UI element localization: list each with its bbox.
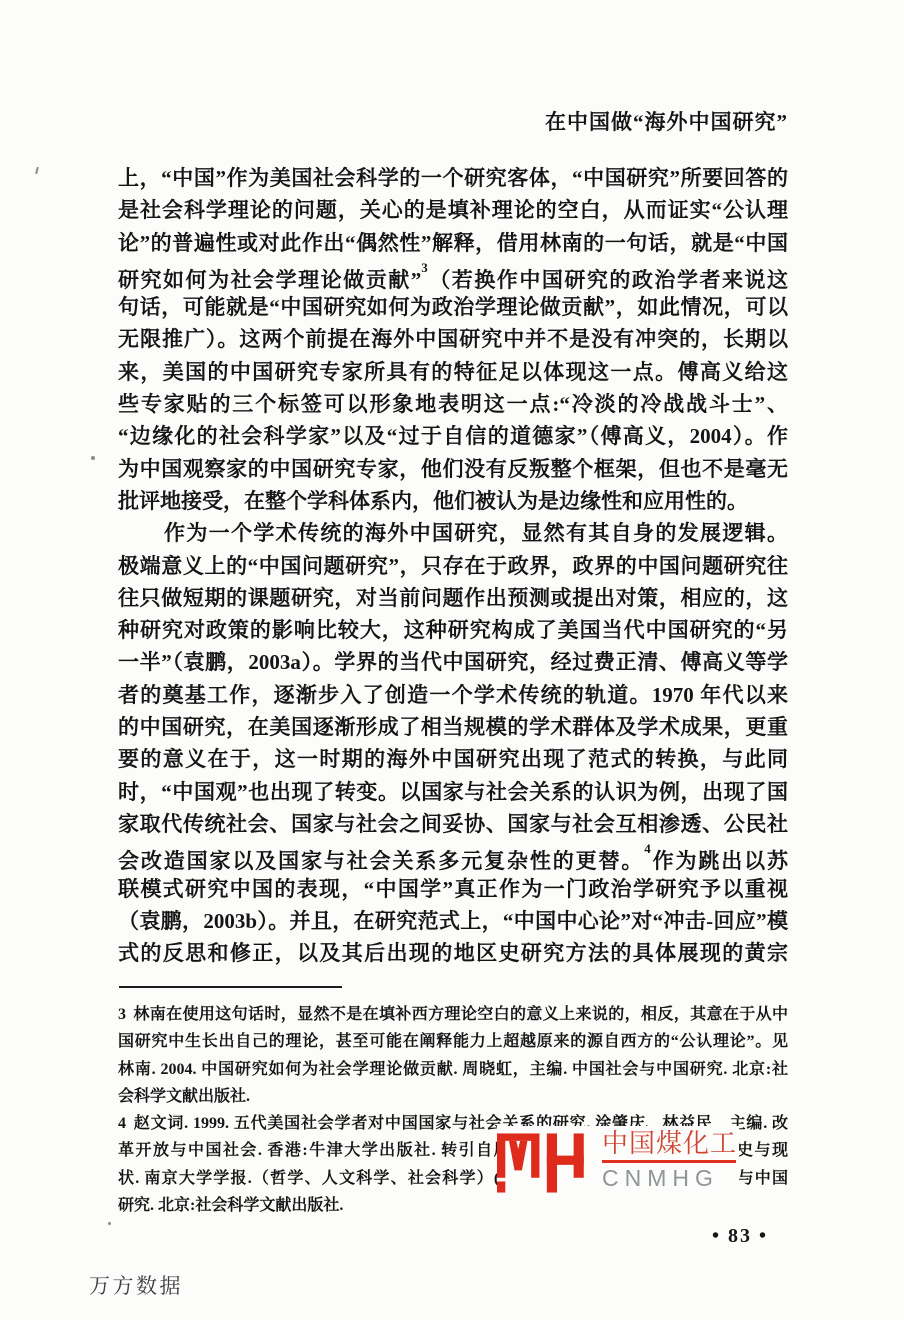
text-line: 论”的普遍性或对此作出“偶然性”解释，借用林南的一句话，就是“中国 <box>118 227 788 259</box>
text-line: 一半”（袁鹏，2003a）。学界的当代中国研究，经过费正清、傅高义等学 <box>118 646 788 678</box>
text-line: 者的奠基工作，逐渐步入了创造一个学术传统的轨道。1970 年代以来 <box>118 679 788 711</box>
watermark-subtitle: CNMHG <box>602 1166 737 1191</box>
watermark-underline <box>602 1160 736 1163</box>
paragraph: 作为一个学术传统的海外中国研究，显然有其自身的发展逻辑。极端意义上的“中国问题研… <box>118 517 788 969</box>
scanned-document-page: 在中国做“海外中国研究” 上，“中国”作为美国社会科学的一个研究客体，“中国研究… <box>0 0 904 1320</box>
footnote-ref: 3 <box>421 260 428 275</box>
running-head: 在中国做“海外中国研究” <box>118 106 788 136</box>
text-line: 为中国观察家的中国研究专家，他们没有反叛整个框架，但也不是毫无 <box>118 453 788 485</box>
text-line: 会改造国家以及国家与社会关系多元复杂性的更替。4作为跳出以苏 <box>118 840 788 872</box>
text-line: 极端意义上的“中国问题研究”，只存在于政界，政界的中国问题研究往 <box>118 550 788 582</box>
text-line: 联模式研究中国的表现，“中国学”真正作为一门政治学研究予以重视 <box>118 873 788 905</box>
text-line: 往只做短期的课题研究，对当前问题作出预测或提出对策，相应的，这 <box>118 582 788 614</box>
text-line: （袁鹏，2003b）。并且，在研究范式上，“中国中心论”对“冲击-回应”模 <box>118 905 788 937</box>
text-line: 林南. 2004. 中国研究如何为社会学理论做贡献. 周晓虹，主编. 中国社会与… <box>118 1056 788 1083</box>
footnote-separator <box>119 986 342 988</box>
footnote: 3林南在使用这句话时，显然不是在填补西方理论空白的意义上来说的，相反，其意在于从… <box>118 1001 788 1110</box>
watermark-text: 中国煤化工 CNMHG <box>602 1126 737 1191</box>
text-line: 上，“中国”作为美国社会科学的一个研究客体，“中国研究”所要回答的 <box>118 162 788 194</box>
wanfang-data-mark: 万方数据 <box>89 1270 183 1300</box>
text-line: 些专家贴的三个标签可以形象地表明这一点:“冷淡的冷战战斗士”、 <box>118 388 788 420</box>
text-line: 批评地接受，在整个学科体系内，他们被认为是边缘性和应用性的。 <box>118 485 788 517</box>
text-line: 作为一个学术传统的海外中国研究，显然有其自身的发展逻辑。 <box>118 517 788 549</box>
text-line: 句话，可能就是“中国研究如何为政治学理论做贡献”，如此情况，可以 <box>118 291 788 323</box>
text-line: 种研究对政策的影响比较大，这种研究构成了美国当代中国研究的“另 <box>118 614 788 646</box>
text-line: 来，美国的中国研究专家所具有的特征足以体现这一点。傅高义给这 <box>118 356 788 388</box>
text-line: 式的反思和修正，以及其后出现的地区史研究方法的具体展现的黄宗 <box>118 937 788 969</box>
text-line: 无限推广）。这两个前提在海外中国研究中并不是没有冲突的，长期以 <box>118 323 788 355</box>
text-line: 国研究中生长出自己的理论，甚至可能在阐释能力上超越原来的源自西方的“公认理论”。… <box>118 1028 788 1055</box>
watermark-title: 中国煤化工 <box>602 1129 737 1159</box>
cnmhg-logo-icon <box>497 1133 593 1193</box>
text-line: 时，“中国观”也出现了转变。以国家与社会关系的认识为例，出现了国 <box>118 776 788 808</box>
scan-artifact <box>91 456 95 460</box>
text-line: 的中国研究，在美国逐渐形成了相当规模的学术群体及学术成果，更重 <box>118 711 788 743</box>
page-number: • 83 • <box>690 1225 790 1248</box>
scan-artifact <box>35 167 39 174</box>
footnote-number: 3 <box>118 1006 126 1023</box>
text-line: 家取代传统社会、国家与社会之间妥协、国家与社会互相渗透、公民社 <box>118 808 788 840</box>
paragraph: 上，“中国”作为美国社会科学的一个研究客体，“中国研究”所要回答的是社会科学理论… <box>118 162 788 517</box>
footnote-ref: 4 <box>644 841 651 856</box>
text-line: 是社会科学理论的问题，关心的是填补理论的空白，从而证实“公认理 <box>118 194 788 226</box>
scan-artifact <box>108 1222 111 1225</box>
text-line: 研究如何为社会学理论做贡献”3（若换作中国研究的政治学者来说这 <box>118 259 788 291</box>
text-line: “边缘化的社会科学家”以及“过于自信的道德家”（傅高义，2004）。作 <box>118 420 788 452</box>
text-line: 要的意义在于，这一时期的海外中国研究出现了范式的转换，与此同 <box>118 743 788 775</box>
cnmhg-watermark: 中国煤化工 CNMHG <box>497 1126 739 1214</box>
text-line: 会科学文献出版社. <box>118 1083 788 1110</box>
footnote-number: 4 <box>118 1115 126 1132</box>
text-line: 3林南在使用这句话时，显然不是在填补西方理论空白的意义上来说的，相反，其意在于从… <box>118 1001 788 1028</box>
body-text: 上，“中国”作为美国社会科学的一个研究客体，“中国研究”所要回答的是社会科学理论… <box>118 162 788 969</box>
